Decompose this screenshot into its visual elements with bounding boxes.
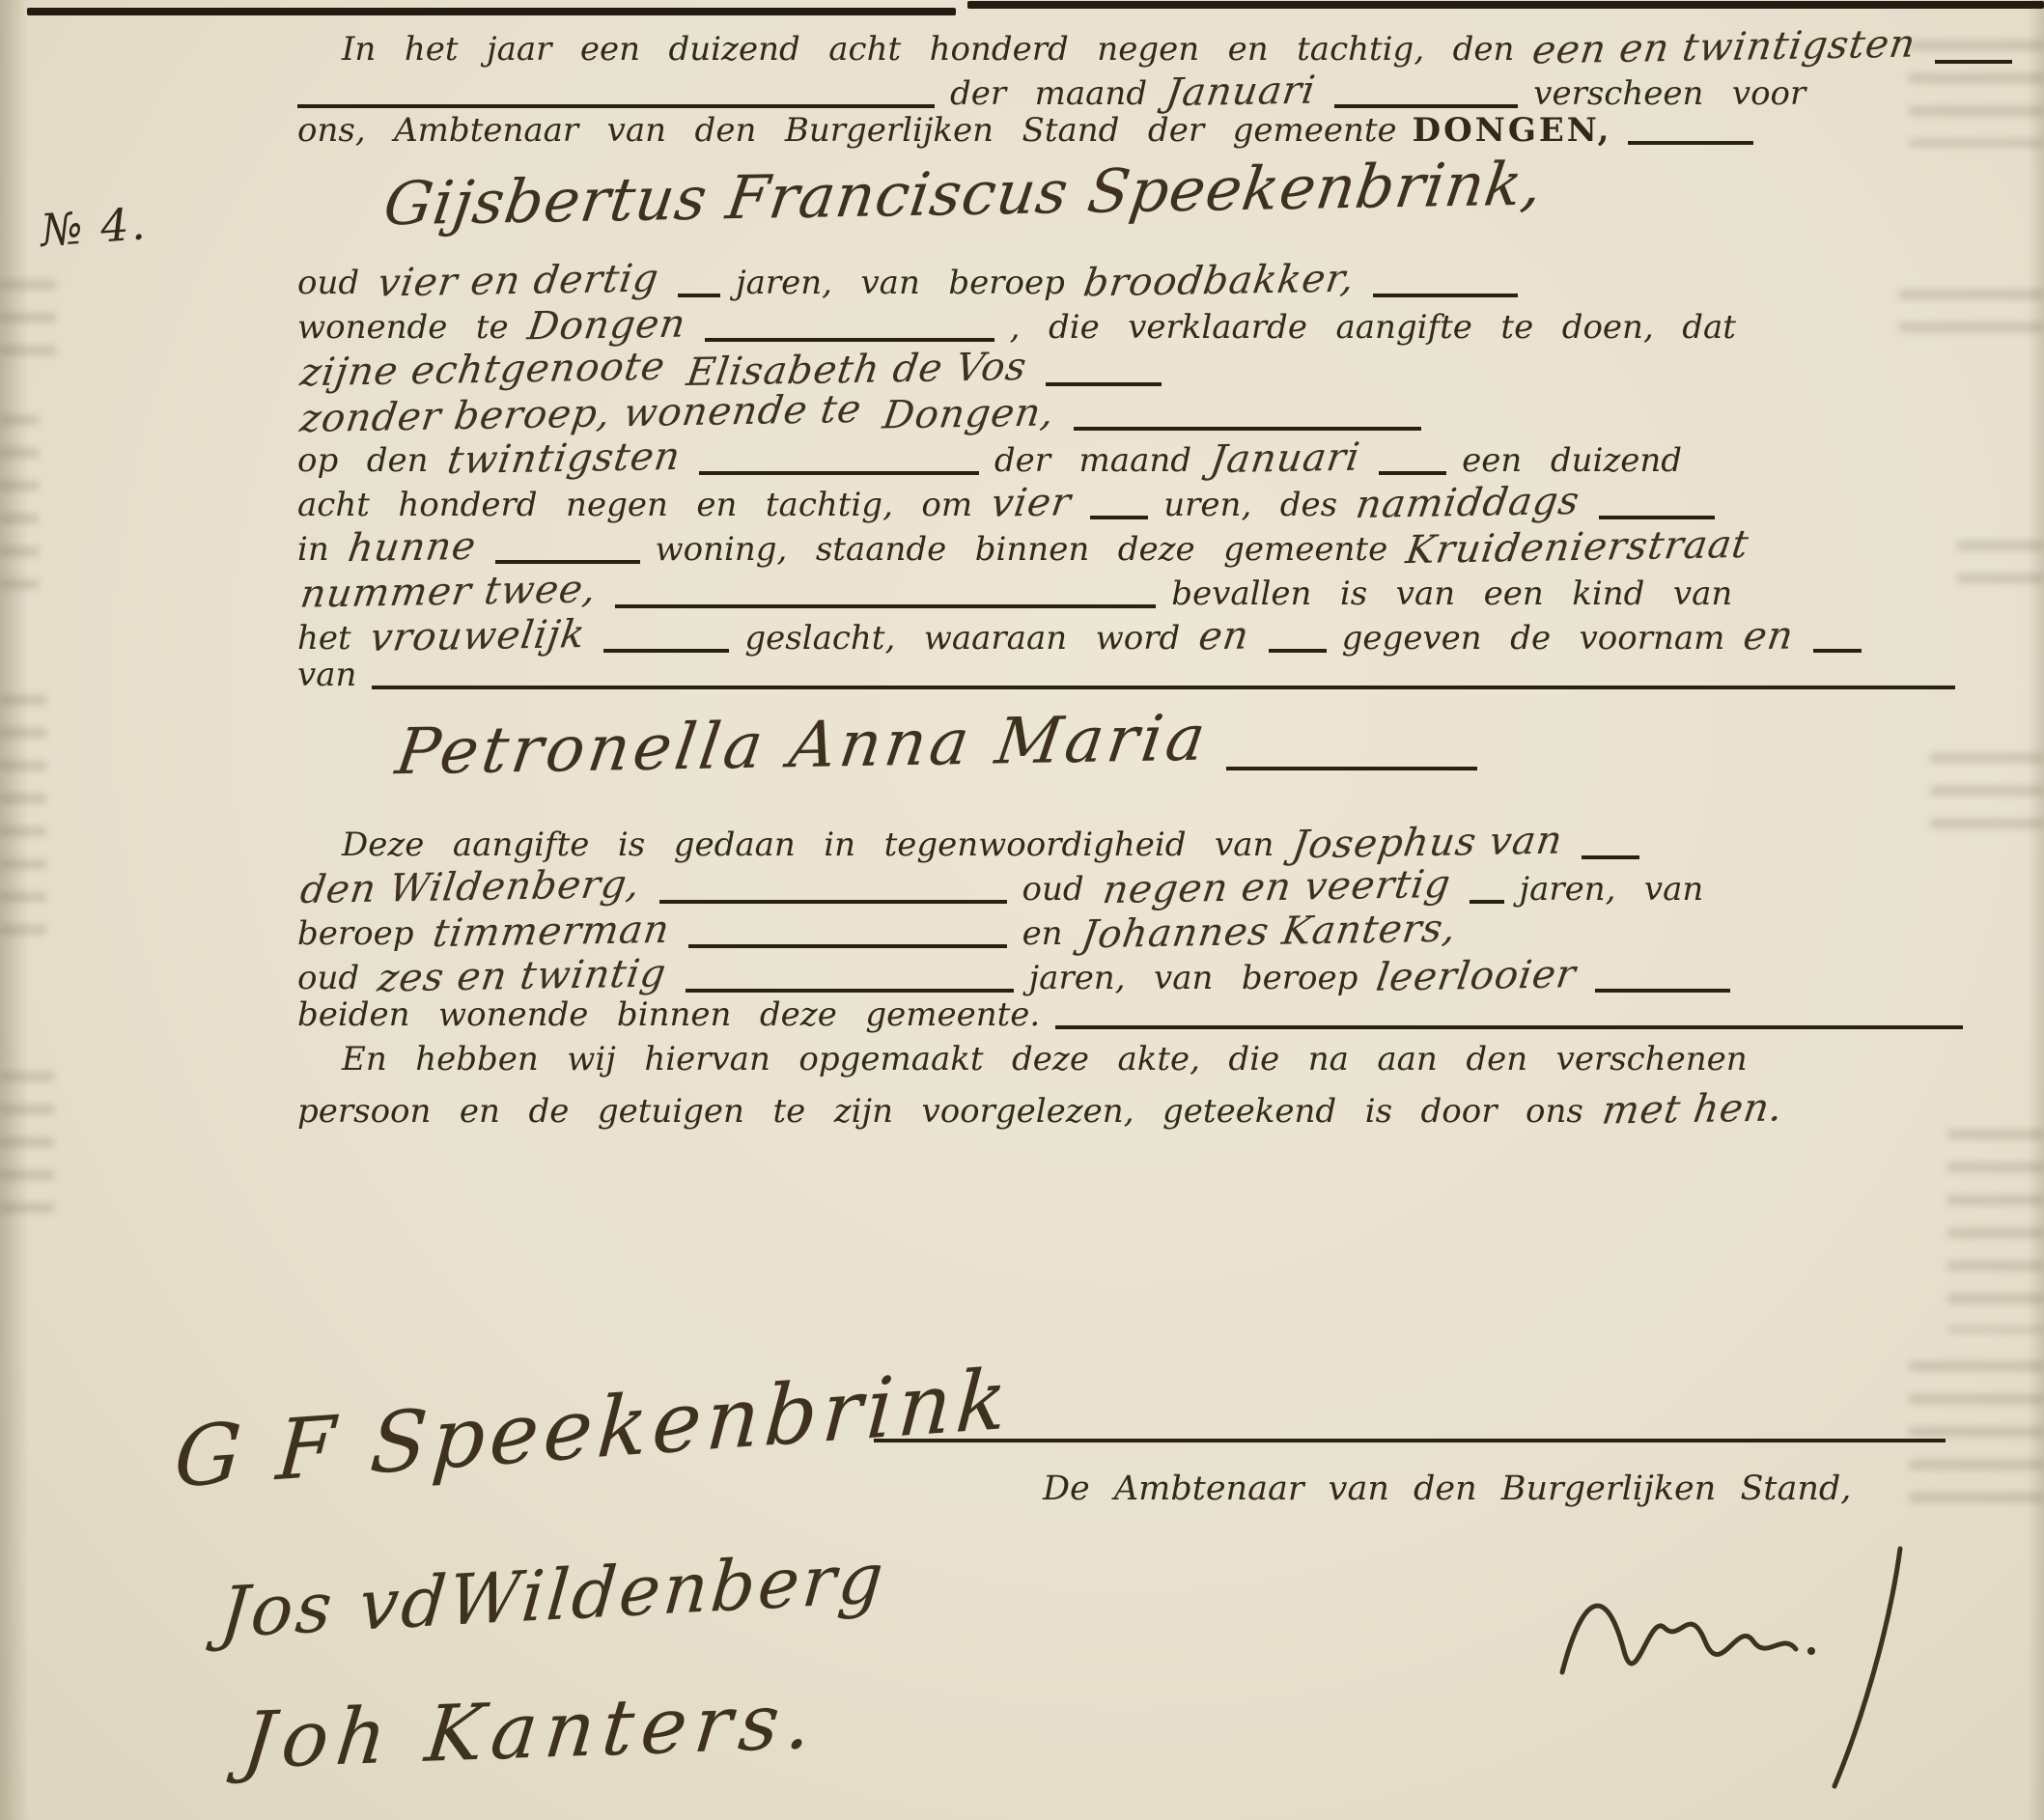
blank-rule — [1582, 830, 1639, 859]
printed-text: verscheen voor — [1533, 74, 1806, 113]
blank-rule — [1470, 875, 1504, 904]
printed-text: beiden wonende binnen deze gemeente. — [297, 995, 1040, 1034]
printed-text: En hebben wij hiervan opgemaakt deze akt… — [342, 1040, 1748, 1078]
signature-witness-2: Joh Kanters. — [238, 1675, 824, 1785]
blank-rule — [1226, 742, 1477, 770]
blank-rule — [615, 579, 1156, 608]
blank-rule — [297, 79, 935, 108]
handwritten-entry: met hen. — [1599, 1085, 1785, 1133]
blank-rule — [1269, 624, 1327, 653]
blank-rule — [688, 919, 1007, 948]
blank-rule — [1090, 490, 1148, 519]
printed-text: der maand — [950, 74, 1147, 113]
handwritten-entry: Januari — [1163, 69, 1319, 116]
blank-rule — [705, 313, 994, 342]
handwritten-entry: en — [1741, 614, 1797, 659]
printed-text: wonende te — [297, 308, 509, 347]
printed-text: , die verklaarde aangifte te doen, dat — [1010, 308, 1736, 347]
printed-text: in — [297, 530, 329, 569]
printed-text: ons, Ambtenaar van den Burgerlijken Stan… — [297, 111, 1397, 150]
act-line: inhunnewoning, staande binnen deze gemee… — [290, 525, 2028, 570]
act-line: zonder beroep, wonende teDongen, — [290, 392, 2028, 436]
act-line: Deze aangifte is gedaan in tegenwoordigh… — [290, 821, 2028, 865]
handwritten-entry: zijne echtgenoote — [297, 345, 668, 396]
handwritten-entry: nummer twee, — [297, 567, 600, 616]
printed-text: en — [1022, 914, 1063, 953]
act-line: persoon en de getuigen te zijn voorgelez… — [290, 1087, 2028, 1132]
handwritten-entry: vrouwelijk — [367, 612, 588, 660]
blank-rule — [1628, 116, 1753, 145]
signature-witness-1: Jos vdWildenberg — [217, 1537, 889, 1654]
act-line: ons, Ambtenaar van den Burgerlijken Stan… — [290, 114, 2028, 158]
act-line: En hebben wij hiervan opgemaakt deze akt… — [290, 1043, 2028, 1087]
act-line: hetvrouwelijkgeslacht, waaraan wordengeg… — [290, 614, 2028, 658]
blank-rule — [1334, 79, 1518, 108]
handwritten-entry: hunne — [345, 524, 479, 571]
blank-rule — [372, 660, 1955, 689]
blank-rule — [699, 446, 979, 475]
printed-text: Deze aangifte is gedaan in tegenwoordigh… — [342, 826, 1274, 864]
blank-rule — [495, 535, 640, 564]
handwritten-entry: Kruidenierstraat — [1404, 522, 1752, 573]
act-body: In het jaar een duizend acht honderd neg… — [290, 25, 2028, 1132]
act-line: oudzes en twintigjaren, van beroepleerlo… — [290, 954, 2028, 998]
act-line: op dentwintigstender maandJanuarieen dui… — [290, 436, 2028, 481]
signature-block: G F Speekenbrink De Ambtenaar van den Bu… — [0, 1149, 2044, 1820]
top-border-rule-right — [967, 1, 2044, 9]
blank-rule — [686, 964, 1014, 993]
act-line: zijne echtgenooteElisabeth de Vos — [290, 348, 2028, 392]
act-line: oudvier en dertigjaren, van beroepbroodb… — [290, 259, 2028, 303]
handwritten-entry: Januari — [1208, 435, 1363, 483]
handwritten-entry: Johannes Kanters, — [1078, 907, 1459, 958]
printed-text: acht honderd negen en tachtig, om — [297, 486, 972, 524]
printed-text: DONGEN, — [1413, 111, 1612, 150]
act-line: nummer twee,bevallen is van een kind van — [290, 570, 2028, 614]
printed-text: jaren, van beroep — [1029, 959, 1358, 997]
blank-rule — [1074, 402, 1421, 431]
handwritten-entry: Dongen — [524, 302, 688, 350]
printed-text: persoon en de getuigen te zijn voorgelez… — [297, 1092, 1583, 1131]
handwritten-entry: namiddags — [1354, 479, 1583, 527]
page-bleed-artifact — [0, 415, 39, 599]
act-line: Gijsbertus Franciscus Speekenbrink, — [290, 158, 2028, 259]
handwritten-entry: Josephus van — [1290, 819, 1566, 868]
handwritten-entry: Gijsbertus Franciscus Speekenbrink, — [379, 149, 1547, 239]
printed-text: van — [297, 656, 356, 694]
blank-rule — [678, 268, 720, 297]
handwritten-entry: zonder beroep, wonende te — [297, 387, 864, 441]
top-border-rule-left — [27, 8, 956, 15]
printed-text: beroep — [297, 914, 414, 953]
handwritten-entry: timmerman — [430, 908, 672, 956]
printed-text: op den — [297, 441, 429, 480]
handwritten-entry: twintigsten — [444, 434, 683, 483]
blank-rule — [659, 875, 1007, 904]
blank-rule — [1599, 490, 1715, 519]
printed-text: bevallen is van een kind van — [1171, 574, 1732, 613]
handwritten-entry: vier en dertig — [376, 256, 662, 305]
handwritten-entry: den Wildenberg, — [297, 862, 643, 912]
handwritten-entry: broodbakker, — [1080, 257, 1358, 306]
handwritten-entry: negen en veertig — [1100, 862, 1453, 912]
printed-text: een duizend — [1462, 441, 1682, 480]
act-number: № 4. — [39, 197, 149, 257]
printed-text: jaren, van — [1520, 870, 1704, 909]
act-line: den Wildenberg,oudnegen en veertigjaren,… — [290, 865, 2028, 910]
act-line: acht honderd negen en tachtig, omvierure… — [290, 481, 2028, 525]
handwritten-entry: een en twintigsten — [1530, 22, 1919, 73]
blank-rule — [1935, 35, 2012, 64]
blank-rule — [1379, 446, 1446, 475]
blank-rule — [1046, 357, 1162, 386]
signature-declarant: G F Speekenbrink — [172, 1351, 1015, 1506]
printed-text: In het jaar een duizend acht honderd neg… — [342, 30, 1514, 69]
act-line: wonende teDongen, die verklaarde aangift… — [290, 303, 2028, 348]
blank-rule — [1813, 624, 1862, 653]
handwritten-entry: Dongen, — [881, 390, 1058, 437]
printed-text: oud — [297, 959, 359, 997]
blank-rule — [1373, 268, 1518, 297]
act-line: In het jaar een duizend acht honderd neg… — [290, 25, 2028, 70]
printed-text: geslacht, waaraan word — [744, 619, 1180, 658]
blank-rule — [1595, 964, 1730, 993]
printed-text: gegeven de voornam — [1342, 619, 1725, 658]
handwritten-entry: zes en twintig — [376, 951, 670, 1000]
act-line: beiden wonende binnen deze gemeente. — [290, 998, 2028, 1043]
act-line: van — [290, 658, 2028, 703]
printed-text: uren, des — [1163, 486, 1337, 524]
handwritten-entry: leerlooier — [1374, 952, 1580, 1000]
printed-text: der maand — [994, 441, 1191, 480]
printed-text: oud — [1022, 870, 1084, 909]
handwritten-entry: vier — [989, 480, 1075, 525]
birth-certificate-page: № 4. In het jaar een duizend acht honder… — [0, 0, 2044, 1820]
page-bleed-artifact — [0, 695, 46, 937]
act-line: beroeptimmermanenJohannes Kanters, — [290, 910, 2028, 954]
blank-rule — [1055, 1000, 1963, 1029]
handwritten-entry: en — [1196, 614, 1252, 659]
printed-text: jaren, van beroep — [736, 264, 1065, 302]
act-line: Petronella Anna Maria — [290, 703, 2028, 821]
registrar-signature-scribble — [1545, 1527, 1950, 1798]
registrar-title: De Ambtenaar van den Burgerlijken Stand, — [1043, 1470, 1851, 1508]
page-bleed-artifact — [0, 280, 56, 367]
signature-separator-rule — [874, 1439, 1946, 1442]
blank-rule — [603, 624, 729, 653]
printed-text: woning, staande binnen deze gemeente — [656, 530, 1388, 569]
printed-text: oud — [297, 264, 359, 302]
printed-text: het — [297, 619, 351, 658]
handwritten-entry: Petronella Anna Maria — [391, 701, 1213, 790]
act-line: der maandJanuariverscheen voor — [290, 70, 2028, 114]
